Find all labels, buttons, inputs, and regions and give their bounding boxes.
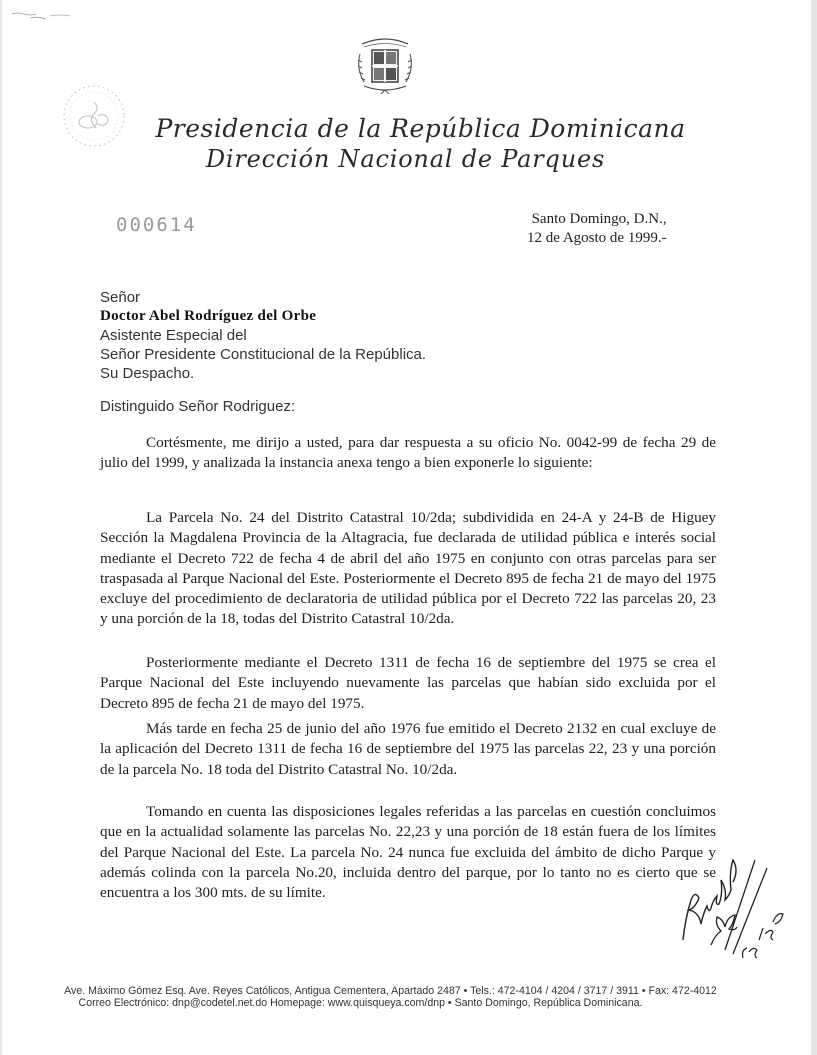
organization-name: Presidencia de la República Dominicana [0, 114, 811, 143]
recipient-block: Señor Doctor Abel Rodríguez del Orbe Asi… [100, 288, 426, 383]
letter-page: Presidencia de la República Dominicana D… [0, 0, 817, 1055]
body-paragraph: Más tarde en fecha 25 de junio del año 1… [100, 719, 716, 780]
recipient-position-2: Señor Presidente Constitucional de la Re… [100, 345, 426, 364]
paragraph-text: Cortésmente, me dirijo a usted, para dar… [100, 433, 716, 474]
paragraph-text: Más tarde en fecha 25 de junio del año 1… [100, 719, 716, 780]
greeting: Distinguido Señor Rodriguez: [100, 398, 295, 415]
scribble-mark-icon [10, 8, 90, 28]
body-paragraph: La Parcela No. 24 del Distrito Catastral… [100, 508, 716, 630]
handwritten-signature-icon: Recibido [675, 830, 795, 970]
recipient-salutation: Señor [100, 288, 426, 307]
place-date-block: Santo Domingo, D.N., 12 de Agosto de 199… [527, 210, 667, 248]
body-paragraph: Tomando en cuenta las disposiciones lega… [100, 802, 716, 903]
footer-address: Ave. Máximo Gómez Esq. Ave. Reyes Católi… [0, 985, 811, 997]
reference-number-stamp: 000614 [116, 214, 197, 236]
paragraph-text: Posteriormente mediante el Decreto 1311 … [100, 653, 716, 714]
footer-contact: Correo Electrónico: dnp@codetel.net.do H… [0, 997, 811, 1009]
recipient-name: Doctor Abel Rodríguez del Orbe [100, 307, 426, 326]
body-paragraph: Cortésmente, me dirijo a usted, para dar… [100, 433, 716, 474]
paragraph-text: La Parcela No. 24 del Distrito Catastral… [100, 508, 716, 630]
body-paragraph: Posteriormente mediante el Decreto 1311 … [100, 653, 716, 714]
recipient-position-1: Asistente Especial del [100, 326, 426, 345]
date-line: 12 de Agosto de 1999.- [527, 229, 667, 248]
letter-footer: Ave. Máximo Gómez Esq. Ave. Reyes Católi… [0, 985, 811, 1009]
paragraph-text: Tomando en cuenta las disposiciones lega… [100, 802, 716, 903]
department-name: Dirección Nacional de Parques [0, 145, 811, 173]
recipient-location: Su Despacho. [100, 364, 426, 383]
place-line: Santo Domingo, D.N., [527, 210, 667, 229]
coat-of-arms-icon [348, 32, 422, 102]
